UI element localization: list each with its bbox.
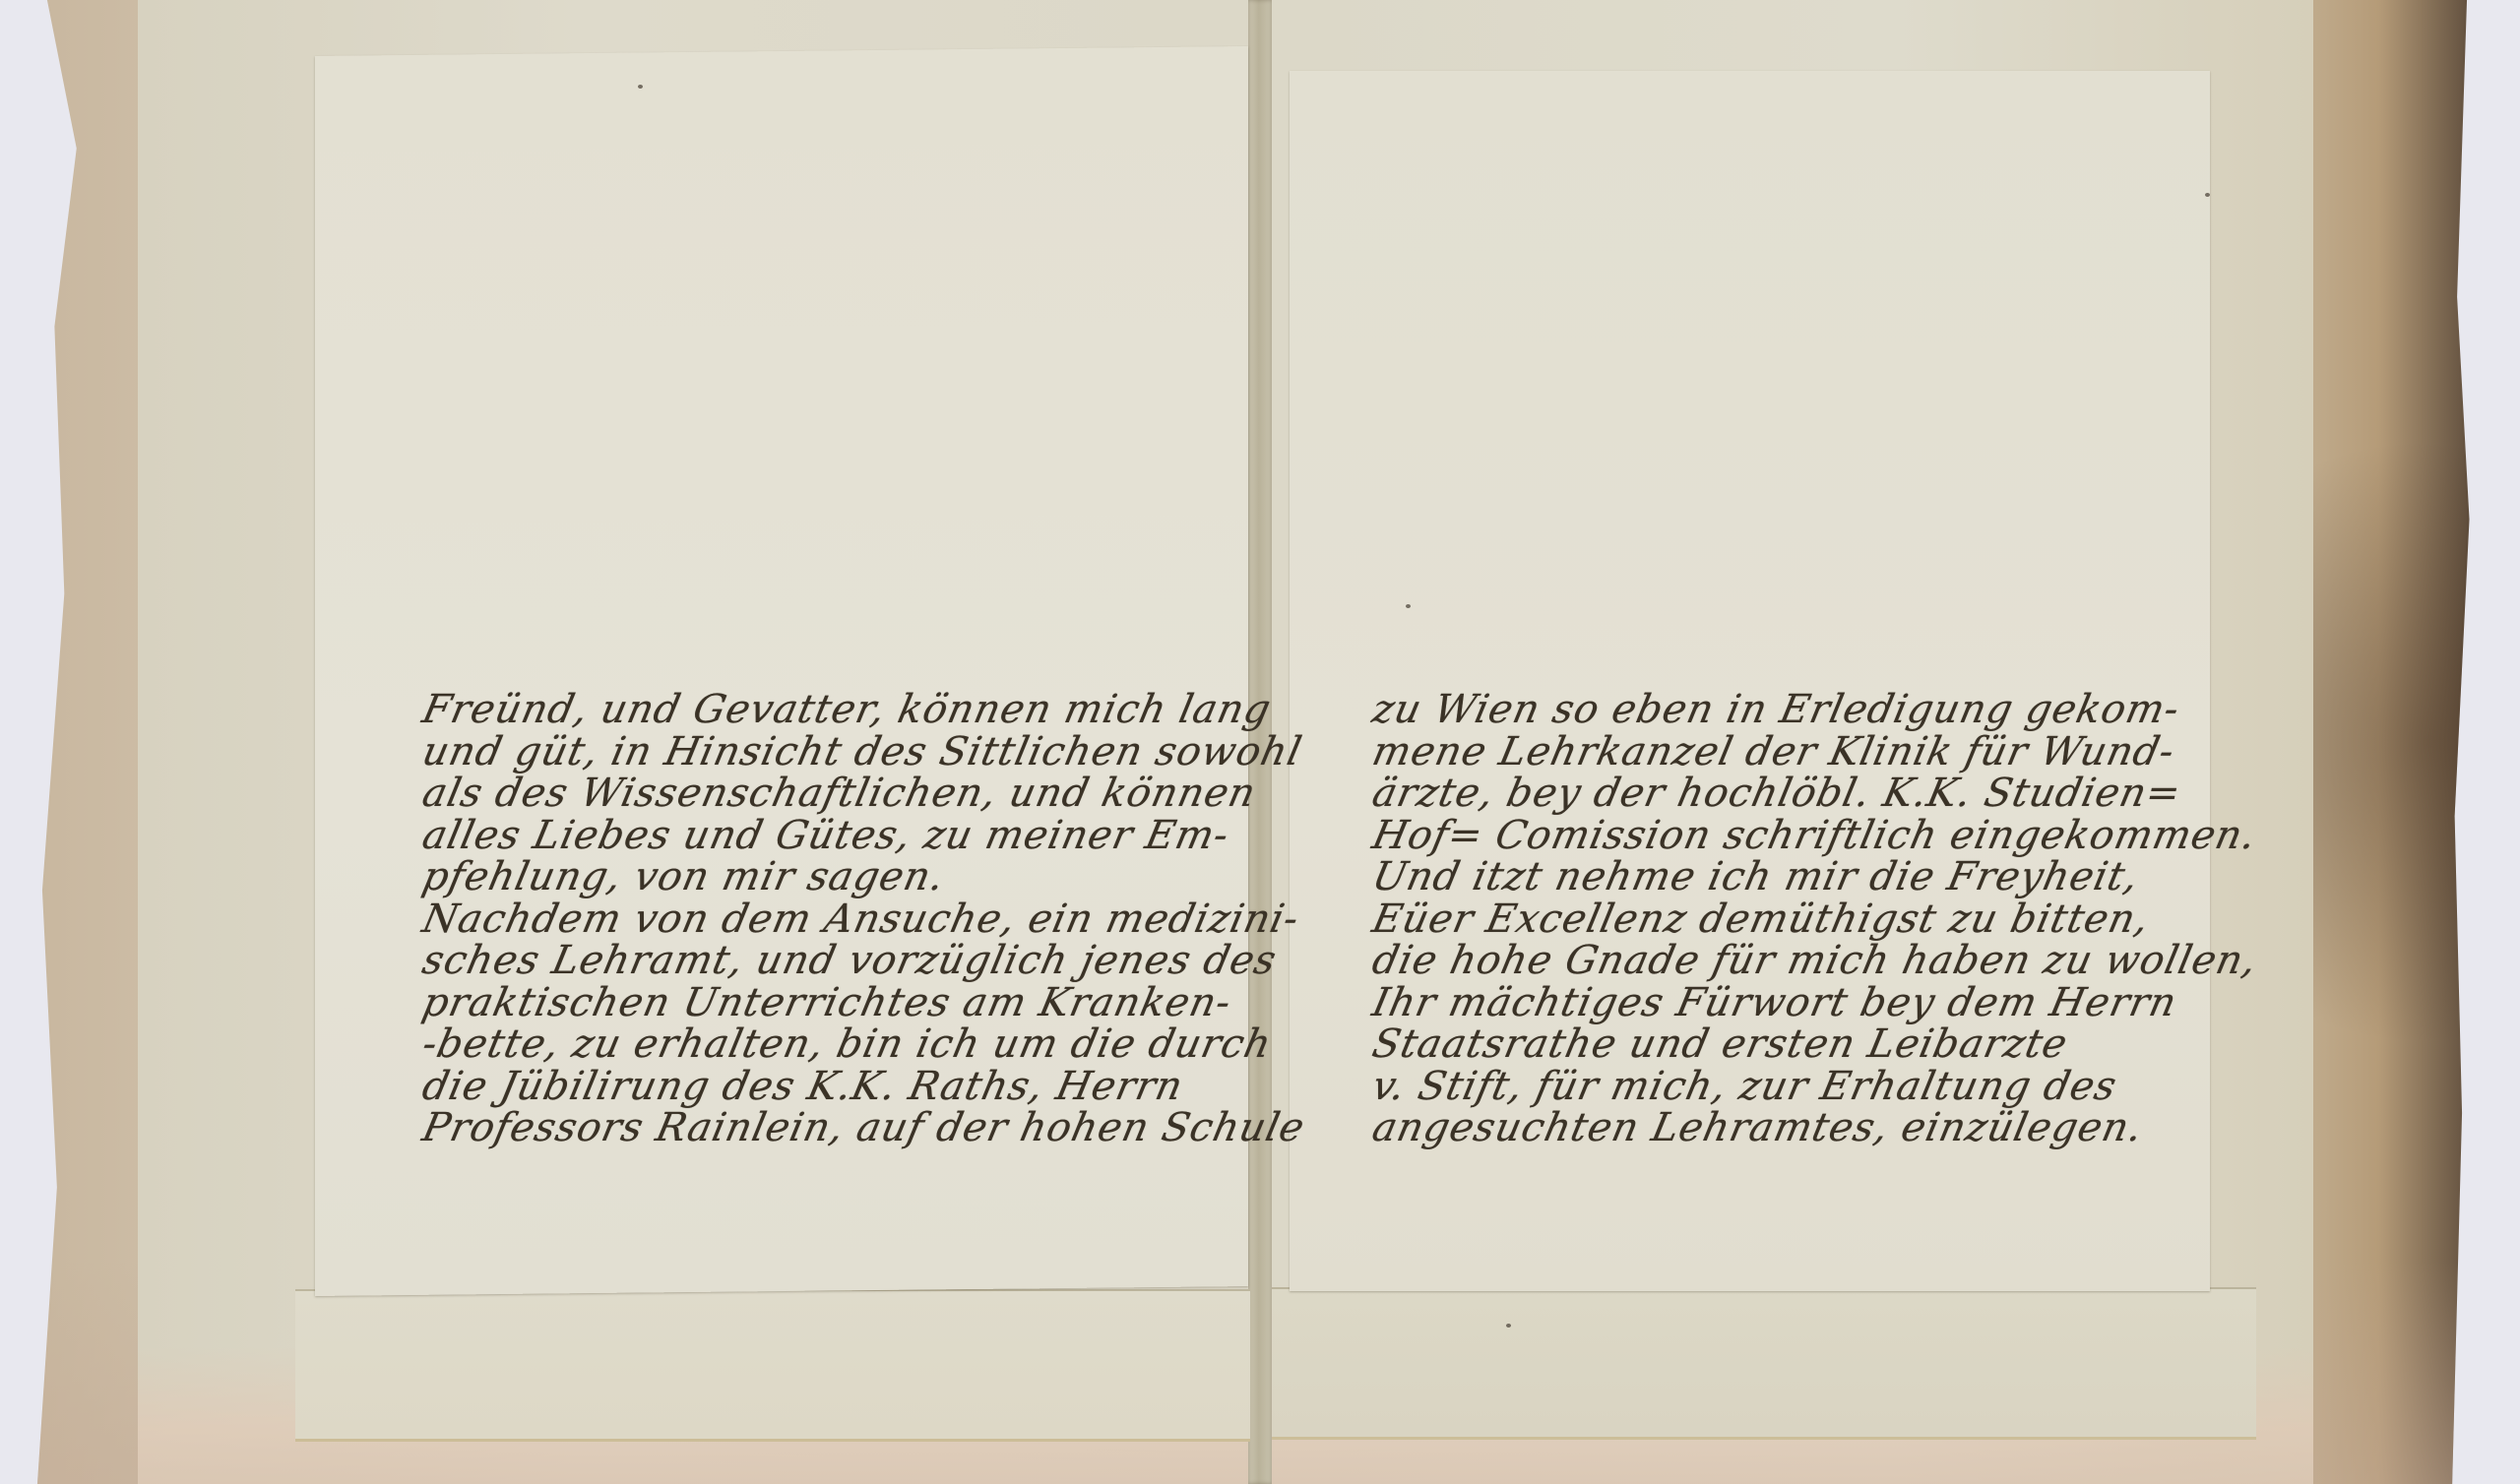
handwritten-line: die Jübilirung des K.K. Raths, Herrn (418, 1066, 1274, 1108)
left-lower-pasted-strip (295, 1289, 1250, 1442)
handwritten-line: praktischen Unterrichtes am Kranken- (418, 982, 1274, 1024)
ink-speck (1506, 1324, 1511, 1328)
handwritten-line: die hohe Gnade für mich haben zu wollen, (1368, 940, 2204, 982)
handwritten-line: als des Wissenschaftlichen, und können (418, 773, 1274, 815)
handwritten-line: Freünd, und Gevatter, können mich lang (418, 689, 1274, 731)
handwritten-line: zu Wien so eben in Erledigung gekom- (1368, 689, 2204, 731)
handwritten-line: alles Liebes und Gütes, zu meiner Em- (418, 815, 1274, 857)
handwritten-line: Eüer Excellenz demüthigst zu bitten, (1368, 898, 2204, 941)
handwritten-line: Professors Rainlein, auf der hohen Schul… (418, 1107, 1274, 1149)
handwritten-line: pfehlung, von mir sagen. (418, 856, 1274, 898)
handwritten-line: sches Lehramt, und vorzüglich jenes des (418, 940, 1274, 982)
handwritten-line: Und itzt nehme ich mir die Freyheit, (1368, 856, 2204, 898)
ink-speck (638, 85, 643, 89)
handwritten-line: Ihr mächtiges Fürwort bey dem Herrn (1368, 982, 2204, 1024)
handwritten-line: Staatsrathe und ersten Leibarzte (1368, 1023, 2204, 1066)
handwritten-line: ärzte, bey der hochlöbl. K.K. Studien= (1368, 773, 2204, 815)
ink-speck (2205, 193, 2210, 197)
manuscript-photo: Freünd, und Gevatter, können mich lang u… (0, 0, 2520, 1484)
handwritten-line: und güt, in Hinsicht des Sittlichen sowo… (418, 731, 1274, 773)
right-page-handwriting: zu Wien so eben in Erledigung gekom- men… (1373, 689, 2200, 1149)
handwritten-line: Hof= Comission schriftlich eingekommen. (1368, 815, 2204, 857)
handwritten-line: -bette, zu erhalten, bin ich um die durc… (418, 1023, 1274, 1066)
left-page-handwriting: Freünd, und Gevatter, können mich lang u… (423, 689, 1270, 1149)
right-lower-pasted-strip (1272, 1287, 2256, 1440)
ink-speck (1406, 604, 1411, 608)
handwritten-line: angesuchten Lehramtes, einzülegen. (1368, 1107, 2204, 1149)
handwritten-line: mene Lehrkanzel der Klinik für Wund- (1368, 731, 2204, 773)
handwritten-line: Nachdem von dem Ansuche, ein medizini- (418, 898, 1274, 941)
handwritten-line: v. Stift, für mich, zur Erhaltung des (1368, 1066, 2204, 1108)
